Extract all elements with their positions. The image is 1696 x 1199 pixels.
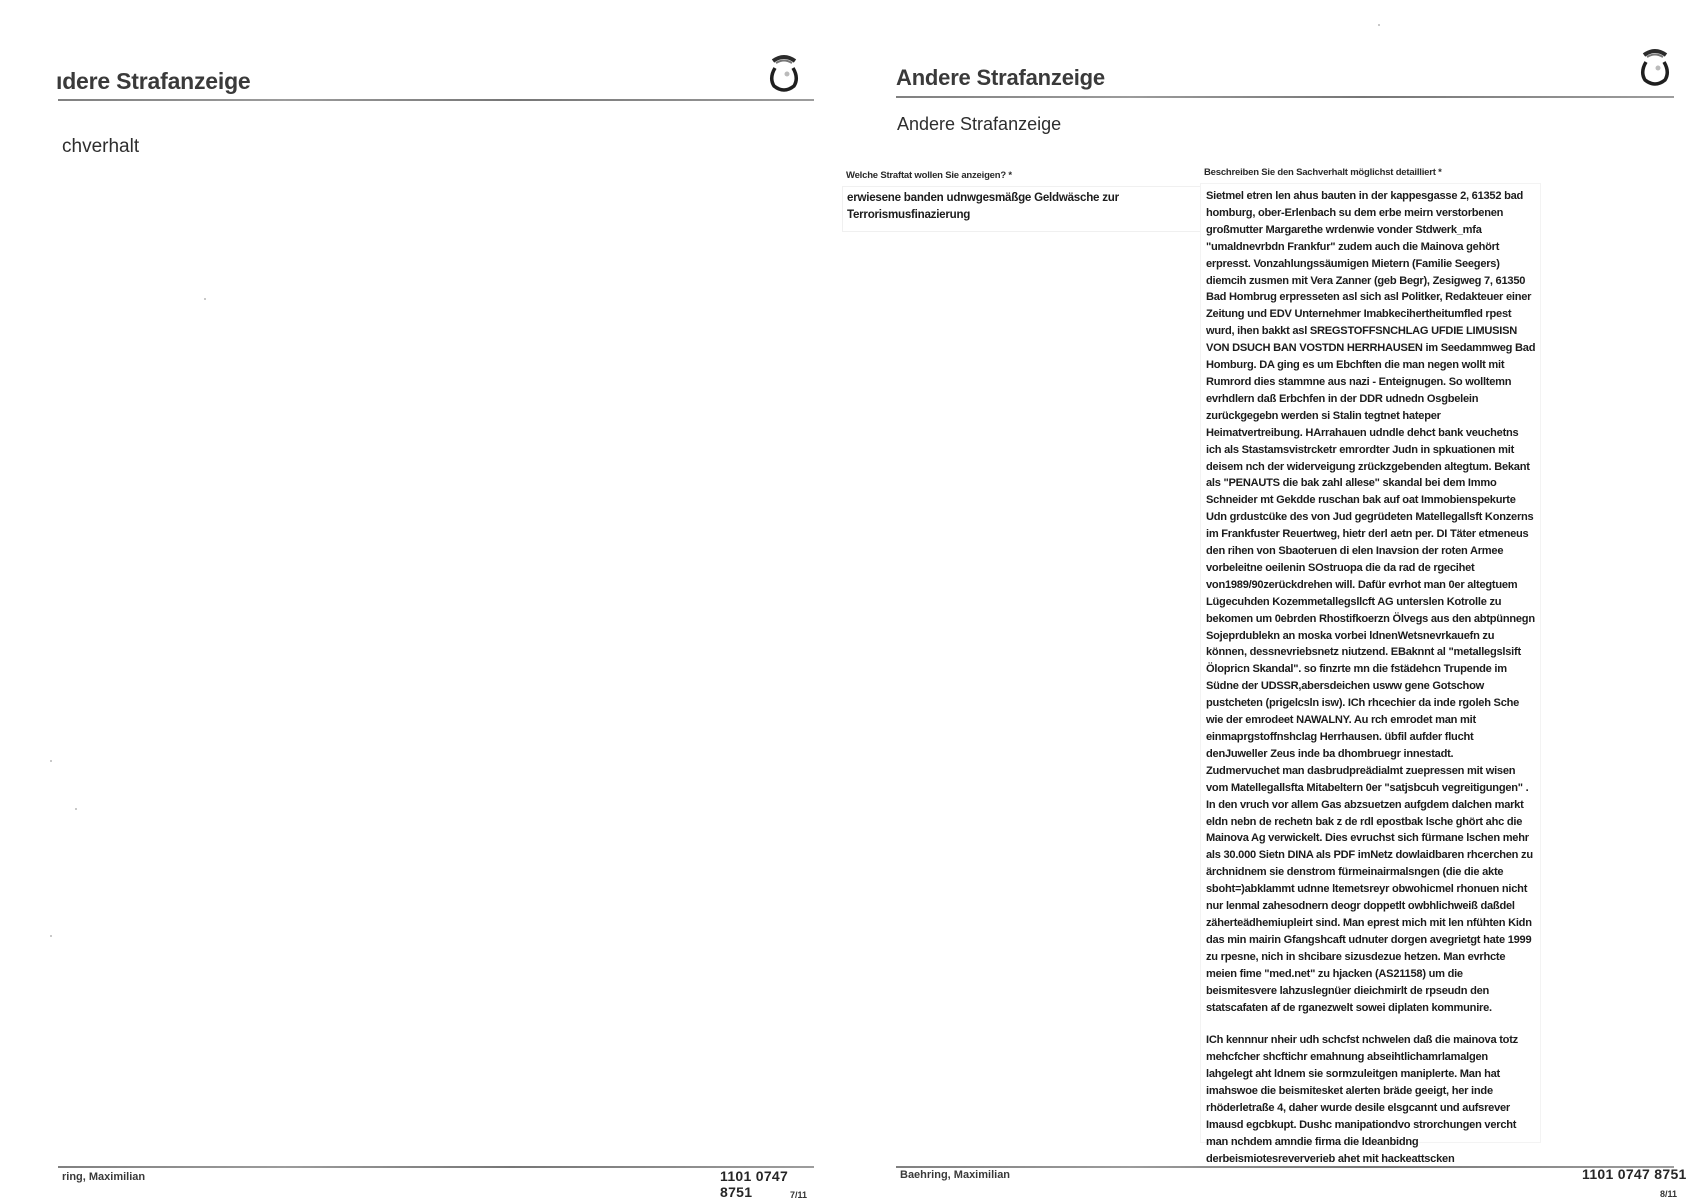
description-paragraph: Sietmel etren len ahus bauten in der kap… <box>1206 188 1536 1016</box>
section-title: chverhalt <box>62 136 139 158</box>
document-page-7: ıdere Strafanzeige chverhalt ring, Maxim… <box>0 0 810 1199</box>
scan-artifact <box>1378 24 1380 26</box>
police-emblem-icon <box>767 52 801 96</box>
description-field: Sietmel etren len ahus bauten in der kap… <box>1200 183 1541 1143</box>
page-header-title: ıdere Strafanzeige <box>56 68 251 95</box>
footer-case-id: 1101 0747 8751 <box>1582 1166 1687 1182</box>
scan-artifact <box>204 298 206 300</box>
offense-field-value: erwiesene banden udnwgesmäßge Geldwäsche… <box>847 189 1147 223</box>
document-page-8: Andere Strafanzeige Andere Strafanzeige … <box>812 0 1696 1199</box>
scan-artifact <box>50 935 52 937</box>
section-title: Andere Strafanzeige <box>897 114 1061 135</box>
scan-artifact <box>50 760 52 762</box>
offense-field-label: Welche Straftat wollen Sie anzeigen? * <box>846 170 1012 181</box>
footer-name: ring, Maximilian <box>62 1171 145 1183</box>
footer-name: Baehring, Maximilian <box>900 1169 1010 1181</box>
header-divider <box>58 99 814 101</box>
description-paragraph: ICh kennnur nheir udh schcfst nchwelen d… <box>1206 1032 1536 1167</box>
police-emblem-icon <box>1638 46 1672 90</box>
footer-divider <box>58 1166 814 1168</box>
offense-field: erwiesene banden udnwgesmäßge Geldwäsche… <box>842 186 1234 232</box>
footer-divider <box>896 1166 1674 1168</box>
footer-page-number: 7/11 <box>790 1190 807 1199</box>
header-divider <box>896 96 1674 98</box>
scan-artifact <box>75 808 77 810</box>
description-field-label: Beschreiben Sie den Sachverhalt möglichs… <box>1204 167 1442 178</box>
page-header-title: Andere Strafanzeige <box>896 65 1105 91</box>
footer-page-number: 8/11 <box>1660 1189 1677 1199</box>
